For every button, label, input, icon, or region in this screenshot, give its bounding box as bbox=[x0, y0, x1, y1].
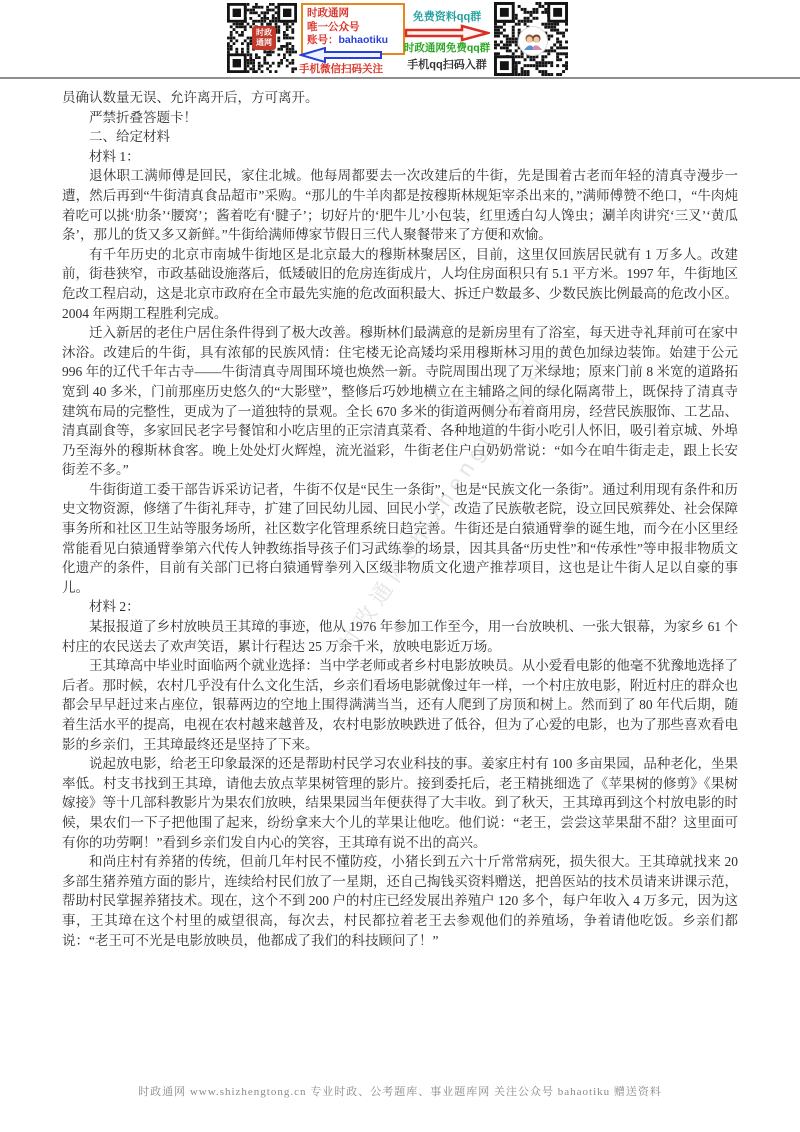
account-type: 唯一公众号 bbox=[307, 21, 399, 35]
body-paragraph: 牛街街道工委干部告诉采访记者，牛街不仅是“民生一条街”，也是“民族文化一条街”。… bbox=[62, 480, 738, 598]
section-heading: 二、给定材料 bbox=[62, 127, 738, 147]
account-id-line: 账号：bahaotiku bbox=[307, 34, 399, 48]
material-2-label: 材料 2： bbox=[62, 597, 738, 617]
body-paragraph: 有千年历史的北京市南城牛街地区是北京最大的穆斯林聚居区，目前，这里仅回族居民就有… bbox=[62, 245, 738, 323]
document-page: 时政 通网 时政通网 唯一公众号 账号：bahaotiku 手机微信扫码关注 免… bbox=[0, 0, 800, 1132]
site-name: 时政通网 bbox=[307, 7, 399, 21]
seal-text-line2: 通网 bbox=[256, 38, 272, 47]
qq-scan-caption: 手机qq扫码入群 bbox=[404, 56, 490, 72]
account-id-label: 账号： bbox=[307, 34, 339, 46]
body-paragraph: 员确认数量无误、允许离开后，方可离开。 bbox=[62, 88, 738, 108]
body-paragraph: 说起放电影，给老王印象最深的还是帮助村民学习农业科技的事。姜家庄村有 100 多… bbox=[62, 754, 738, 852]
promo-header: 时政 通网 时政通网 唯一公众号 账号：bahaotiku 手机微信扫码关注 免… bbox=[0, 0, 800, 78]
qq-group-name-label: 时政通网免费qq群 bbox=[400, 40, 494, 55]
material-1-label: 材料 1： bbox=[62, 147, 738, 167]
body-paragraph: 王其璋高中毕业时面临两个就业选择：当中学老师或者乡村电影放映员。从小爱看电影的他… bbox=[62, 656, 738, 754]
body-paragraph: 退休职工满师傅是回民，家住北城。他每周都要去一次改建后的牛街，先是围着古老而年轻… bbox=[62, 166, 738, 244]
header-divider-line bbox=[0, 77, 800, 79]
material-text-block: 员确认数量无误、允许离开后，方可离开。 严禁折叠答题卡！ 二、给定材料 材料 1… bbox=[62, 88, 738, 950]
body-paragraph: 严禁折叠答题卡！ bbox=[62, 108, 738, 128]
body-paragraph: 和尚庄村有养猪的传统，但前几年村民不懂防疫，小猪长到五六十斤常常病死，损失很大。… bbox=[62, 852, 738, 950]
qq-group-avatar bbox=[519, 27, 547, 55]
footer-note: 时政通网 www.shizhengtong.cn 专业时政、公考题库、事业题库网… bbox=[0, 1083, 800, 1099]
body-paragraph: 某报报道了乡村放映员王其璋的事迹，他从 1976 年参加工作至今，用一台放映机、… bbox=[62, 617, 738, 656]
body-paragraph: 迁入新居的老住户居住条件得到了极大改善。穆斯林们最满意的是新房里有了浴室，每天进… bbox=[62, 323, 738, 480]
wechat-scan-caption: 手机微信扫码关注 bbox=[296, 61, 386, 76]
qq-free-material-label: 免费资料qq群 bbox=[404, 8, 490, 24]
site-seal-logo: 时政 通网 bbox=[252, 26, 276, 50]
account-id-value: bahaotiku bbox=[339, 34, 389, 46]
seal-text-line1: 时政 bbox=[256, 28, 272, 37]
couple-avatar-icon bbox=[521, 29, 545, 53]
